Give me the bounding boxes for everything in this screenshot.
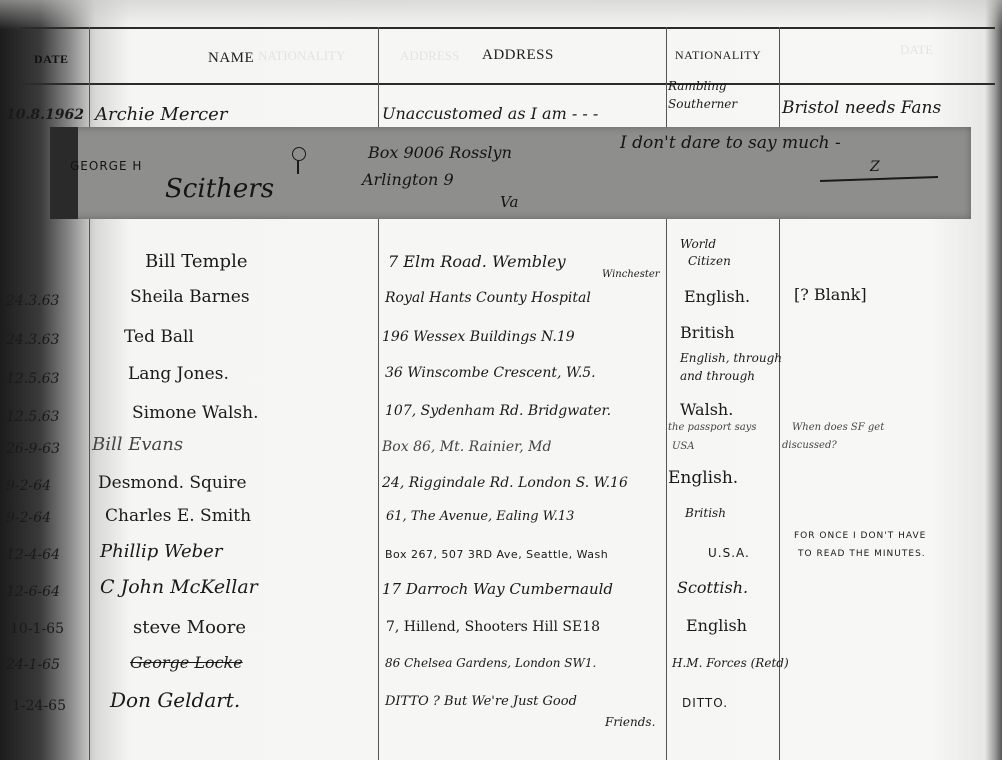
register-page: NATIONALITY ADDRESS DATE DATE NAME ADDRE… bbox=[0, 0, 1002, 760]
column-header-name: NAME bbox=[208, 50, 254, 67]
entry-date: 10.8.1962 bbox=[6, 108, 84, 122]
entry-nationality: DITTO. bbox=[682, 697, 728, 709]
entry-address-line2: Friends. bbox=[605, 716, 655, 728]
entry-address: 7, Hillend, Shooters Hill SE18 bbox=[386, 620, 600, 634]
entry-address: 61, The Avenue, Ealing W.13 bbox=[386, 510, 574, 523]
entry-address: 86 Chelsea Gardens, London SW1. bbox=[385, 657, 596, 669]
entry-name: steve Moore bbox=[133, 619, 246, 637]
entry-address: Royal Hants County Hospital bbox=[385, 291, 591, 305]
entry-name-struck: George Locke bbox=[130, 655, 243, 671]
entry-date: 1-24-65 bbox=[12, 699, 66, 713]
entry-name: Ted Ball bbox=[124, 329, 194, 346]
entry-nationality-line2: and through bbox=[680, 370, 755, 382]
entry-name: Archie Mercer bbox=[95, 106, 227, 124]
entry-name: Bill Temple bbox=[145, 253, 247, 271]
entry-remarks-line1: FOR ONCE I DON'T HAVE bbox=[794, 532, 926, 541]
entry-nationality: U.S.A. bbox=[708, 547, 750, 559]
entry-date: 12-4-64 bbox=[6, 548, 60, 562]
entry-address-line3: Va bbox=[500, 195, 518, 210]
entry-date: 12-6-64 bbox=[6, 585, 60, 599]
entry-nationality-line2: Southerner bbox=[668, 98, 737, 110]
entry-remarks-line1: When does SF get bbox=[792, 423, 884, 433]
entry-remarks-line2: TO READ THE MINUTES. bbox=[798, 550, 926, 559]
entry-address-note: Winchester bbox=[602, 270, 660, 280]
entry-address-line1: Box 9006 Rosslyn bbox=[368, 145, 512, 161]
entry-date: 12.5.63 bbox=[6, 372, 59, 386]
entry-date: 26-9-63 bbox=[6, 442, 60, 456]
entry-nationality-line1: World bbox=[680, 238, 716, 250]
ghost-header-nationality: NATIONALITY bbox=[258, 48, 345, 64]
entry-name: Sheila Barnes bbox=[130, 289, 250, 306]
entry-nationality: English. bbox=[668, 470, 738, 487]
entry-address: DITTO ? But We're Just Good bbox=[385, 695, 577, 708]
entry-nationality: H.M. Forces (Retd) bbox=[672, 657, 789, 669]
column-header-date: DATE bbox=[34, 52, 68, 67]
entry-address: 36 Winscombe Crescent, W.5. bbox=[385, 366, 596, 380]
entry-name: Simone Walsh. bbox=[132, 405, 259, 422]
entry-remarks: I don't dare to say much - bbox=[620, 135, 841, 152]
entry-nationality: Scottish. bbox=[677, 580, 748, 596]
entry-name-line2: Scithers bbox=[165, 176, 274, 202]
smiley-face-icon bbox=[292, 147, 306, 161]
entry-date: 9-2-64 bbox=[6, 511, 51, 525]
entry-name: Bill Evans bbox=[92, 436, 183, 454]
entry-nationality-line1: the passport says bbox=[668, 423, 756, 433]
entry-name: Phillip Weber bbox=[100, 543, 222, 561]
entry-remarks-initial: Z bbox=[870, 160, 880, 174]
entry-date: 10-1-65 bbox=[10, 622, 64, 636]
entry-name: Desmond. Squire bbox=[98, 475, 247, 492]
entry-remarks: [? Blank] bbox=[794, 287, 867, 303]
ghost-header-date: DATE bbox=[900, 42, 933, 58]
entry-address: Box 267, 507 3RD Ave, Seattle, Wash bbox=[385, 549, 608, 560]
entry-nationality: British bbox=[685, 507, 726, 519]
header-bottom-rule bbox=[20, 83, 995, 85]
entry-nationality-line1: English, through bbox=[680, 352, 782, 364]
smiley-stick-icon bbox=[297, 160, 299, 174]
entry-date: 24.3.63 bbox=[6, 333, 59, 347]
entry-name: Don Geldart. bbox=[110, 690, 240, 710]
entry-date: 24-1-65 bbox=[6, 658, 60, 672]
entry-nationality-line1: Rambling bbox=[668, 80, 727, 92]
entry-address: Box 86, Mt. Rainier, Md bbox=[382, 440, 551, 454]
entry-nationality: English bbox=[686, 618, 747, 634]
entry-address: Unaccustomed as I am - - - bbox=[382, 106, 598, 122]
entry-address: 17 Darroch Way Cumbernauld bbox=[382, 582, 613, 597]
entry-date: 9-2-64 bbox=[6, 479, 51, 493]
entry-date: 12.5.63 bbox=[6, 410, 59, 424]
header-top-rule bbox=[20, 27, 995, 29]
column-header-nationality: NATIONALITY bbox=[675, 48, 761, 63]
entry-address: 107, Sydenham Rd. Bridgwater. bbox=[385, 404, 611, 418]
page-top-shading bbox=[0, 0, 1002, 30]
entry-date: 24.3.63 bbox=[6, 294, 59, 308]
entry-address: 24, Riggindale Rd. London S. W.16 bbox=[382, 476, 628, 490]
column-header-address: ADDRESS bbox=[482, 47, 554, 64]
entry-remarks: Bristol needs Fans bbox=[782, 100, 941, 117]
entry-name-line1: GEORGE H bbox=[70, 160, 142, 172]
entry-name: C John McKellar bbox=[100, 578, 258, 597]
ghost-header-address: ADDRESS bbox=[400, 48, 459, 64]
entry-nationality: British bbox=[680, 325, 735, 341]
entry-nationality: Walsh. bbox=[680, 402, 733, 418]
entry-remarks-line2: discussed? bbox=[782, 441, 837, 451]
entry-name: Charles E. Smith bbox=[105, 508, 251, 525]
entry-nationality-line2: USA bbox=[672, 442, 695, 452]
entry-address: 7 Elm Road. Wembley bbox=[388, 254, 566, 270]
entry-nationality: English. bbox=[684, 289, 750, 305]
entry-nationality-line2: Citizen bbox=[688, 255, 731, 267]
entry-name: Lang Jones. bbox=[128, 366, 229, 383]
entry-address: 196 Wessex Buildings N.19 bbox=[382, 330, 575, 344]
entry-address-line2: Arlington 9 bbox=[362, 172, 454, 188]
band-shadow-edge bbox=[50, 127, 78, 219]
